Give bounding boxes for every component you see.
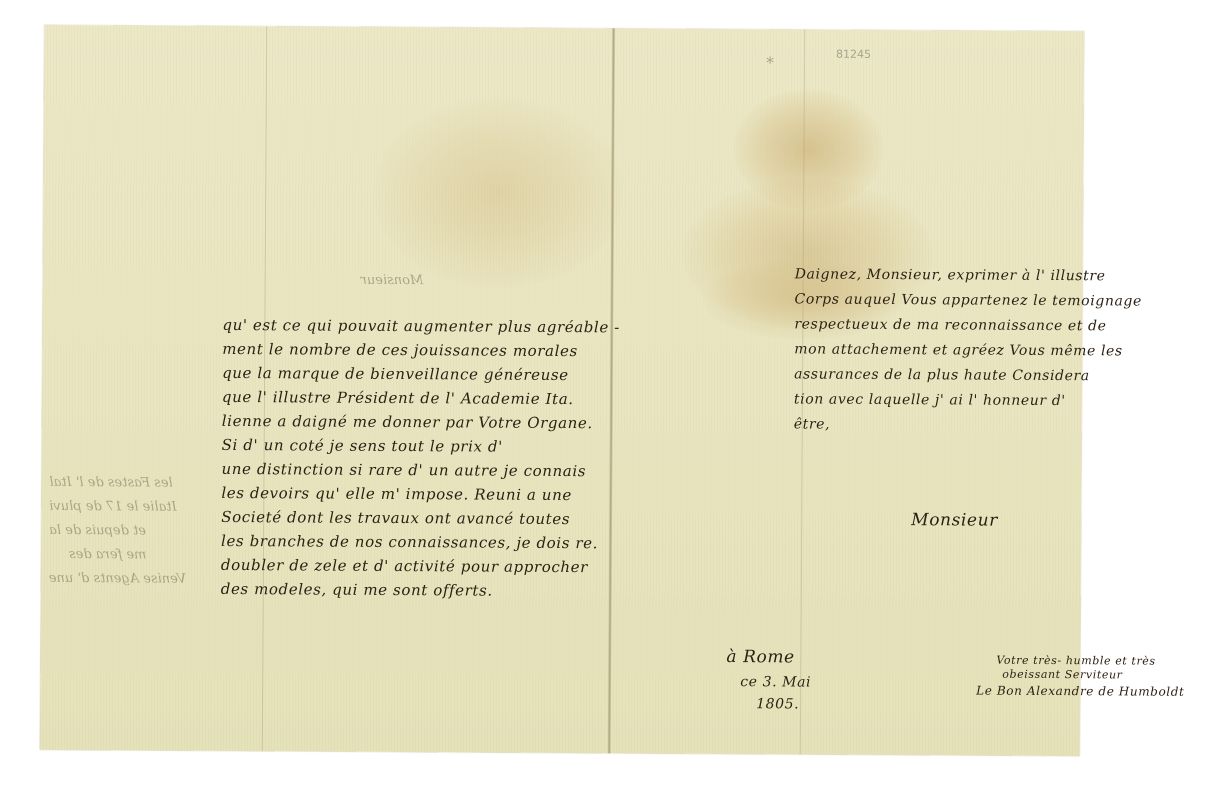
body-line: les devoirs qu' elle m' impose. Reuni a … [221,486,572,503]
place: à Rome [726,649,794,666]
bleed-line: Venise Agents d' une [49,571,186,587]
letter-sheet: * 81245 Monsieur qu' est ce qui pouvait … [40,25,1084,756]
date-year: 1805. [756,697,799,711]
signature: Le Bon Alexandre de Humboldt [976,685,1184,698]
closing-signature: Votre très- humble et très obeissant Ser… [988,655,1158,716]
body-line: tion avec laquelle j' ai l' honneur d' [794,392,1066,408]
salutation: Monsieur [911,512,998,530]
right-page-body: Daignez, Monsieur, exprimer à l' illustr… [794,267,1085,449]
bleed-line: les Fastes de l' Ital [49,475,172,491]
body-line: que l' illustre Président de l' Academie… [222,390,574,407]
left-margin-bleed-through: les Fastes de l' Ital Italie le 17 de pl… [41,475,222,616]
date-day: ce 3. Mai [740,675,811,689]
body-line: une distinction si rare d' un autre je c… [221,462,586,479]
bleed-line: et depuis de la [49,523,146,539]
body-line: mon attachement et agréez Vous même les [794,342,1123,358]
body-line: Daignez, Monsieur, exprimer à l' illustr… [795,267,1106,283]
closing-line: obeissant Serviteur [1002,669,1122,681]
body-line: être, [794,417,830,431]
body-line: Societé dont les travaux ont avancé tout… [221,510,570,527]
body-line: doubler de zele et d' activité pour appr… [221,558,588,575]
body-line: assurances de la plus haute Considera [794,367,1090,383]
body-line: Corps auquel Vous appartenez le temoigna… [795,292,1142,308]
body-line: des modeles, qui me sont offerts. [221,582,493,599]
body-line: que la marque de bienveillance généreuse [222,366,569,383]
bleed-line: Italie le 17 de pluvi [49,499,177,515]
place-date: à Rome ce 3. Mai 1805. [726,649,846,730]
body-line: les branches de nos connaissances, je do… [221,534,598,551]
archive-asterisk: * [766,53,774,72]
body-line: qu' est ce qui pouvait augmenter plus ag… [222,318,620,335]
bleed-through-heading: Monsieur [361,273,424,288]
left-page-body: qu' est ce qui pouvait augmenter plus ag… [221,318,613,620]
body-line: ment le nombre de ces jouissances morale… [222,342,578,359]
body-line: lienne a daigné me donner par Votre Orga… [222,414,593,431]
bleed-line: me fera des [69,547,147,562]
body-line: Si d' un coté je sens tout le prix d' [222,438,503,455]
archive-pencil-number: 81245 [836,48,871,61]
body-line: respectueux de ma reconnaissance et de [794,317,1106,333]
closing-line: Votre très- humble et très [996,655,1155,667]
water-stain-left [373,97,624,289]
